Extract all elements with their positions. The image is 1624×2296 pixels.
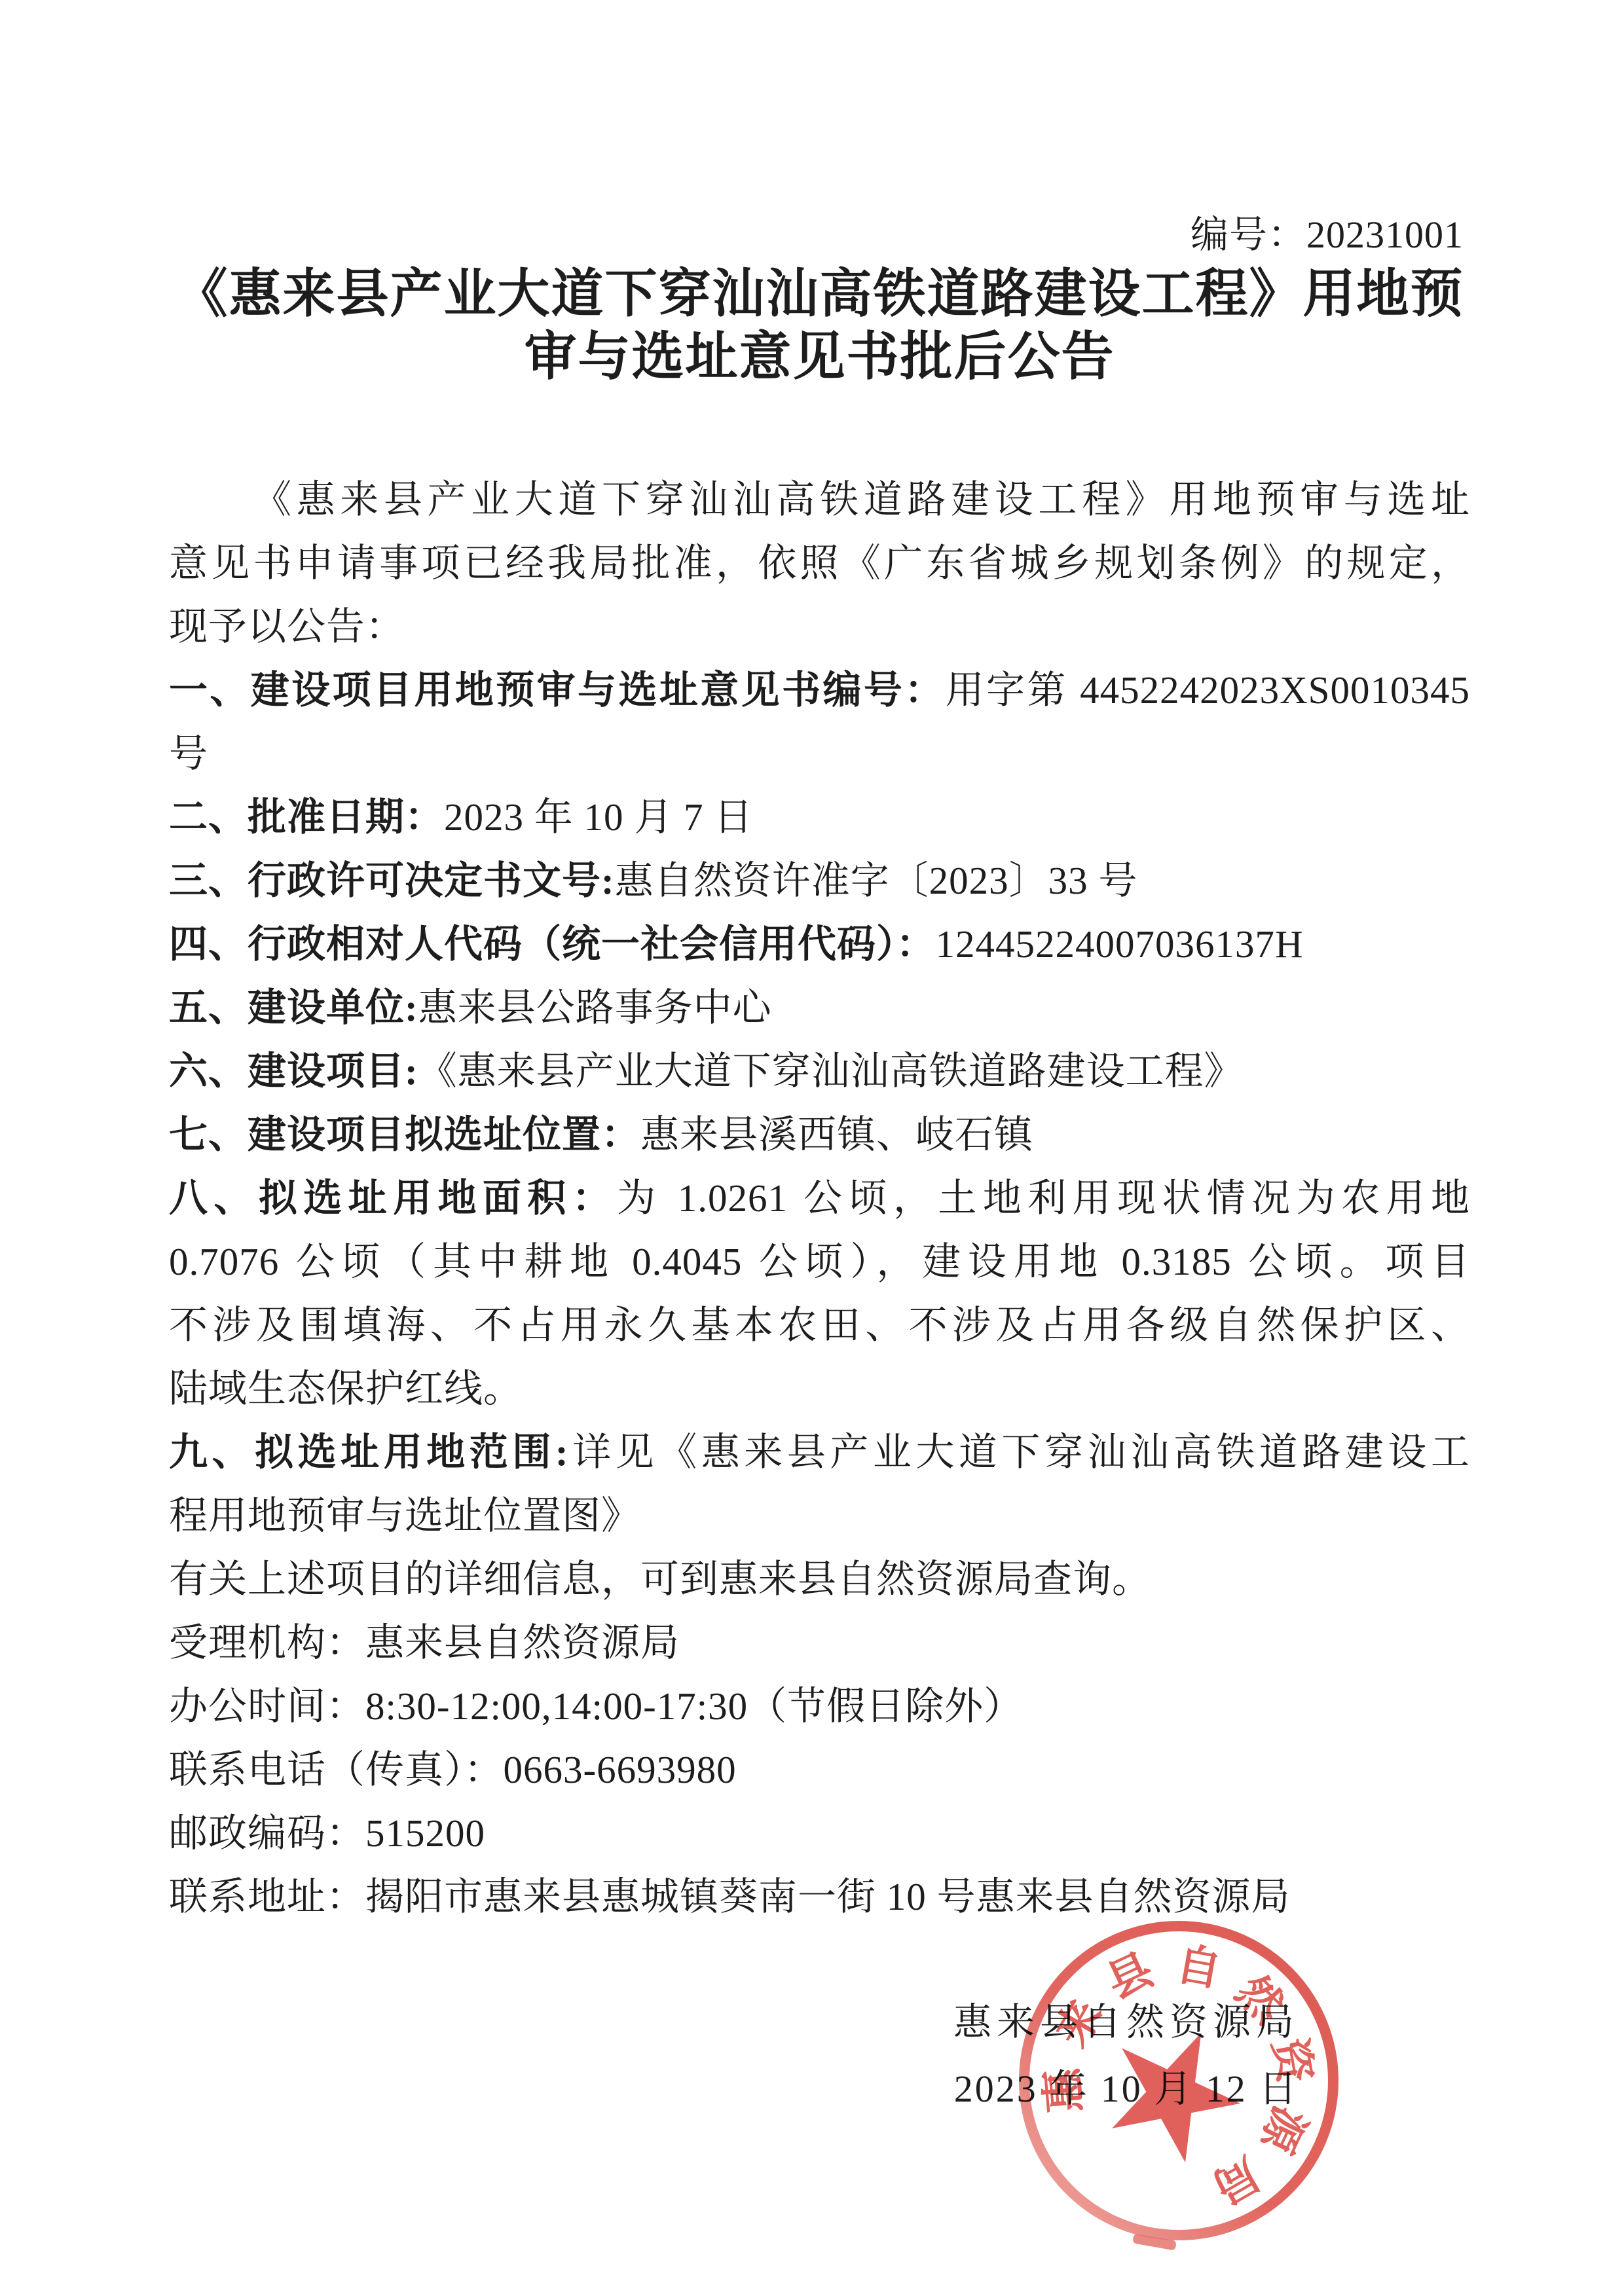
body-line: 八、拟选址用地面积：为 1.0261 公顷，土地利用现状情况为农用地 <box>169 1167 1470 1230</box>
doc-number: 编号：20231001 <box>169 213 1470 257</box>
page-title: 《惠来县产业大道下穿汕汕高铁道路建设工程》用地预 审与选址意见书批后公告 <box>169 263 1470 388</box>
body-line: 邮政编码：515200 <box>169 1802 1470 1865</box>
body-line: 六、建设项目:《惠来县产业大道下穿汕汕高铁道路建设工程》 <box>169 1040 1470 1103</box>
document-content: 编号：20231001 《惠来县产业大道下穿汕汕高铁道路建设工程》用地预 审与选… <box>169 213 1470 1929</box>
body-line: 不涉及围填海、不占用永久基本农田、不涉及占用各级自然保护区、 <box>169 1294 1470 1357</box>
body-line: 陆域生态保护红线。 <box>169 1357 1470 1421</box>
body-line: 有关上述项目的详细信息，可到惠来县自然资源局查询。 <box>169 1548 1470 1611</box>
body-line: 程用地预审与选址位置图》 <box>169 1484 1470 1548</box>
body-line: 0.7076 公顷（其中耕地 0.4045 公顷），建设用地 0.3185 公顷… <box>169 1230 1470 1294</box>
official-seal: 惠来县自然资源局 <box>1002 1902 1356 2255</box>
page-title-line-2: 审与选址意见书批后公告 <box>169 325 1470 388</box>
announcement-body: 《惠来县产业大道下穿汕汕高铁道路建设工程》用地预审与选址意见书申请事项已经我局批… <box>169 468 1470 1929</box>
seal-char: 然 <box>1227 1966 1295 2033</box>
body-line: 意见书申请事项已经我局批准，依照《广东省城乡规划条例》的规定， <box>169 532 1470 595</box>
body-line: 一、建设项目用地预审与选址意见书编号：用字第 4452242023XS00103… <box>169 659 1470 722</box>
page-title-line-1: 《惠来县产业大道下穿汕汕高铁道路建设工程》用地预 <box>169 263 1470 325</box>
seal-char: 来 <box>1046 1992 1112 2055</box>
seal-char: 自 <box>1173 1939 1225 1995</box>
document-page: 编号：20231001 《惠来县产业大道下穿汕汕高铁道路建设工程》用地预 审与选… <box>0 0 1624 2296</box>
body-line: 联系电话（传真）：0663-6693980 <box>169 1738 1470 1802</box>
body-line: 五、建设单位:惠来县公路事务中心 <box>169 976 1470 1040</box>
body-line: 九、拟选址用地范围:详见《惠来县产业大道下穿汕汕高铁道路建设工 <box>169 1421 1470 1484</box>
seal-char: 源 <box>1251 2099 1315 2161</box>
seal-star-icon <box>1090 2005 1261 2174</box>
body-line: 三、行政许可决定书文号:惠自然资许准字〔2023〕33 号 <box>169 849 1470 913</box>
body-line: 办公时间：8:30-12:00,14:00-17:30（节假日除外） <box>169 1675 1470 1738</box>
body-line: 号 <box>169 722 1470 786</box>
body-line: 《惠来县产业大道下穿汕汕高铁道路建设工程》用地预审与选址 <box>169 468 1470 532</box>
seal-char: 局 <box>1205 2147 1268 2213</box>
body-line: 七、建设项目拟选址位置：惠来县溪西镇、岐石镇 <box>169 1103 1470 1167</box>
body-line: 受理机构：惠来县自然资源局 <box>169 1611 1470 1675</box>
body-line: 现予以公告： <box>169 595 1470 659</box>
seal-char: 资 <box>1264 2034 1321 2088</box>
body-line: 二、批准日期：2023 年 10 月 7 日 <box>169 786 1470 849</box>
seal-char: 惠 <box>1037 2064 1091 2115</box>
body-line: 四、行政相对人代码（统一社会信用代码）：12445224007036137H <box>169 913 1470 976</box>
seal-char: 县 <box>1099 1944 1161 2009</box>
